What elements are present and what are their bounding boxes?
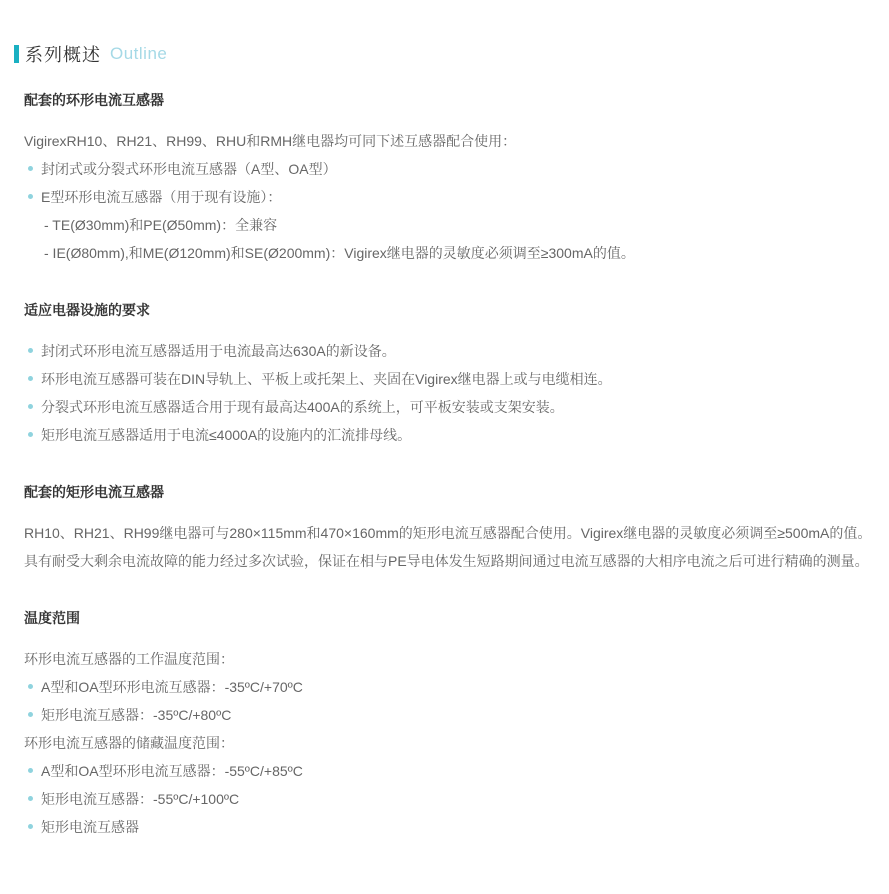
section-rect-ct: 配套的矩形电流互感器 RH10、RH21、RH99继电器可与280×115mm和… [24, 485, 879, 575]
bullet-icon [28, 166, 33, 171]
list-item: 矩形电流互感器 [24, 813, 879, 841]
bullet-icon [28, 768, 33, 773]
list-item: E型环形电流互感器（用于现有设施）： [24, 183, 879, 211]
bullet-icon [28, 712, 33, 717]
operating-range-list: A型和OA型环形电流互感器：-35ºC/+70ºC 矩形电流互感器：-35ºC/… [24, 673, 879, 729]
list-item: 矩形电流互感器：-55ºC/+100ºC [24, 785, 879, 813]
section-heading: 温度范围 [24, 611, 879, 625]
bullet-icon [28, 684, 33, 689]
bullet-icon [28, 348, 33, 353]
bullet-icon [28, 376, 33, 381]
list-item-text: A型和OA型环形电流互感器：-35ºC/+70ºC [41, 673, 303, 701]
section-ring-ct: 配套的环形电流互感器 VigirexRH10、RH21、RH99、RHU和RMH… [24, 93, 879, 267]
bullet-icon [28, 432, 33, 437]
list-item-text: 矩形电流互感器适用于电流≤4000A的设施内的汇流排母线。 [41, 421, 411, 449]
bullet-icon [28, 194, 33, 199]
list-item-text: 矩形电流互感器：-55ºC/+100ºC [41, 785, 239, 813]
section-heading: 适应电器设施的要求 [24, 303, 879, 317]
body-paragraph: RH10、RH21、RH99继电器可与280×115mm和470×160mm的矩… [24, 519, 879, 575]
sub-list-item: - IE(Ø80mm),和ME(Ø120mm)和SE(Ø200mm)：Vigir… [24, 239, 879, 267]
list-item: 分裂式环形电流互感器适合用于现有最高达400A的系统上，可平板安装或支架安装。 [24, 393, 879, 421]
section-temperature: 温度范围 环形电流互感器的工作温度范围： A型和OA型环形电流互感器：-35ºC… [24, 611, 879, 841]
intro-paragraph: VigirexRH10、RH21、RH99、RHU和RMH继电器均可同下述互感器… [24, 127, 879, 155]
list-item-text: 矩形电流互感器 [41, 813, 139, 841]
accent-bar-icon [14, 45, 19, 63]
bullet-icon [28, 796, 33, 801]
list-item-text: 封闭式环形电流互感器适用于电流最高达630A的新设备。 [41, 337, 396, 365]
document-page: 系列概述 Outline 配套的环形电流互感器 VigirexRH10、RH21… [0, 0, 889, 894]
list-item: A型和OA型环形电流互感器：-55ºC/+85ºC [24, 757, 879, 785]
list-item: 封闭式环形电流互感器适用于电流最高达630A的新设备。 [24, 337, 879, 365]
page-subtitle: Outline [110, 44, 167, 64]
section-heading: 配套的矩形电流互感器 [24, 485, 879, 499]
storage-range-label: 环形电流互感器的储藏温度范围： [24, 729, 879, 757]
page-header: 系列概述 Outline [14, 41, 879, 67]
section-heading: 配套的环形电流互感器 [24, 93, 879, 107]
list-item: 环形电流互感器可装在DIN导轨上、平板上或托架上、夹固在Vigirex继电器上或… [24, 365, 879, 393]
list-item-text: 封闭式或分裂式环形电流互感器（A型、OA型） [41, 155, 337, 183]
list-item-text: A型和OA型环形电流互感器：-55ºC/+85ºC [41, 757, 303, 785]
requirements-list: 封闭式环形电流互感器适用于电流最高达630A的新设备。 环形电流互感器可装在DI… [24, 337, 879, 449]
list-item: A型和OA型环形电流互感器：-35ºC/+70ºC [24, 673, 879, 701]
ring-ct-list: 封闭式或分裂式环形电流互感器（A型、OA型） E型环形电流互感器（用于现有设施）… [24, 155, 879, 211]
bullet-icon [28, 404, 33, 409]
list-item-text: 矩形电流互感器：-35ºC/+80ºC [41, 701, 231, 729]
list-item: 矩形电流互感器适用于电流≤4000A的设施内的汇流排母线。 [24, 421, 879, 449]
operating-range-label: 环形电流互感器的工作温度范围： [24, 645, 879, 673]
storage-range-list: A型和OA型环形电流互感器：-55ºC/+85ºC 矩形电流互感器：-55ºC/… [24, 757, 879, 841]
bullet-icon [28, 824, 33, 829]
list-item: 封闭式或分裂式环形电流互感器（A型、OA型） [24, 155, 879, 183]
sub-list-item: - TE(Ø30mm)和PE(Ø50mm)：全兼容 [24, 211, 879, 239]
page-title: 系列概述 [25, 41, 101, 67]
list-item-text: E型环形电流互感器（用于现有设施）： [41, 183, 281, 211]
section-requirements: 适应电器设施的要求 封闭式环形电流互感器适用于电流最高达630A的新设备。 环形… [24, 303, 879, 449]
list-item-text: 环形电流互感器可装在DIN导轨上、平板上或托架上、夹固在Vigirex继电器上或… [41, 365, 612, 393]
list-item: 矩形电流互感器：-35ºC/+80ºC [24, 701, 879, 729]
list-item-text: 分裂式环形电流互感器适合用于现有最高达400A的系统上，可平板安装或支架安装。 [41, 393, 564, 421]
